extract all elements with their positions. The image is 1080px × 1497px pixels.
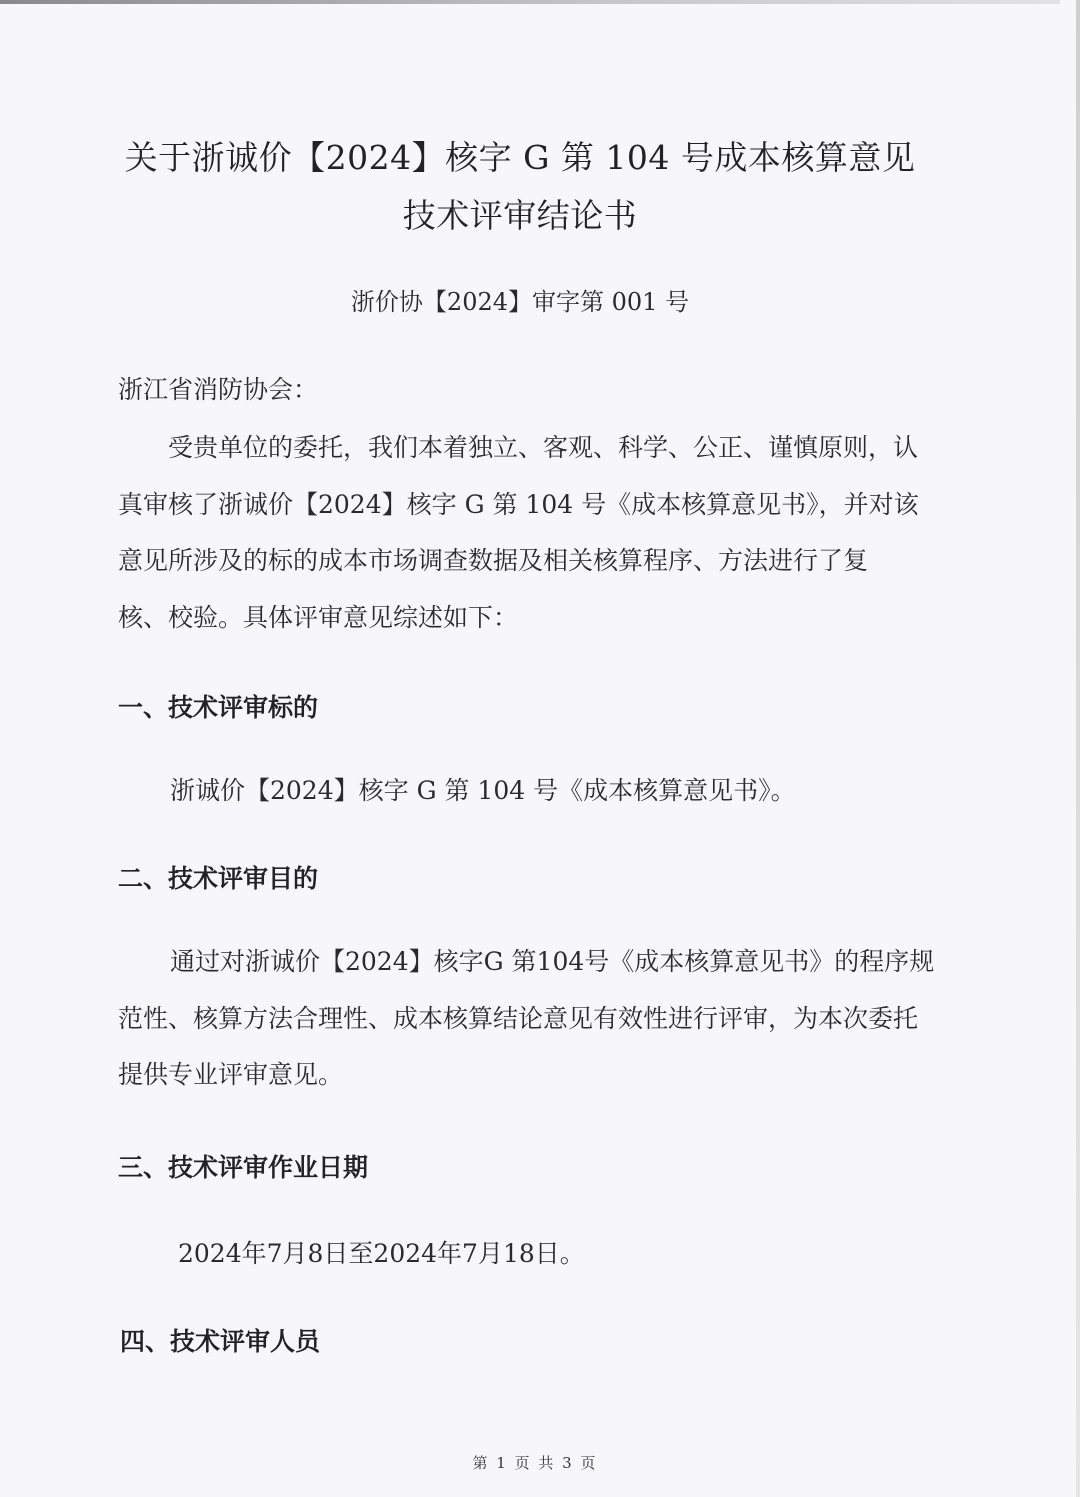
section-heading-1: 一、技术评审标的 xyxy=(118,688,318,724)
intro-line-4: 核、校验。具体评审意见综述如下： xyxy=(118,598,518,634)
intro-line-1: 受贵单位的委托，我们本着独立、客观、科学、公正、谨慎原则，认 xyxy=(168,428,918,464)
intro-line-2: 真审核了浙诚价【2024】核字 G 第 104 号《成本核算意见书》，并对该 xyxy=(118,485,919,521)
section-heading-3: 三、技术评审作业日期 xyxy=(118,1148,368,1184)
addressee: 浙江省消防协会： xyxy=(118,370,318,406)
section-1-line-1: 浙诚价【2024】核字 G 第 104 号《成本核算意见书》。 xyxy=(170,771,796,807)
document-title-line-2: 技术评审结论书 xyxy=(0,190,1040,237)
section-2-line-3: 提供专业评审意见。 xyxy=(118,1055,343,1091)
document-title-line-1: 关于浙诚价【2024】核字 G 第 104 号成本核算意见 xyxy=(0,132,1040,179)
section-3-line-1: 2024年7月8日至2024年7月18日。 xyxy=(178,1234,585,1270)
section-heading-2: 二、技术评审目的 xyxy=(118,859,318,895)
page-footer: 第 1 页 共 3 页 xyxy=(0,1452,1070,1473)
section-heading-4: 四、技术评审人员 xyxy=(120,1322,320,1358)
section-2-line-1: 通过对浙诚价【2024】核字G 第104号《成本核算意见书》的程序规 xyxy=(170,942,934,978)
document-page: 关于浙诚价【2024】核字 G 第 104 号成本核算意见 技术评审结论书 浙价… xyxy=(0,0,1080,1497)
document-number: 浙价协【2024】审字第 001 号 xyxy=(0,282,1040,317)
section-2-line-2: 范性、核算方法合理性、成本核算结论意见有效性进行评审，为本次委托 xyxy=(118,999,918,1035)
intro-line-3: 意见所涉及的标的成本市场调查数据及相关核算程序、方法进行了复 xyxy=(118,541,868,577)
